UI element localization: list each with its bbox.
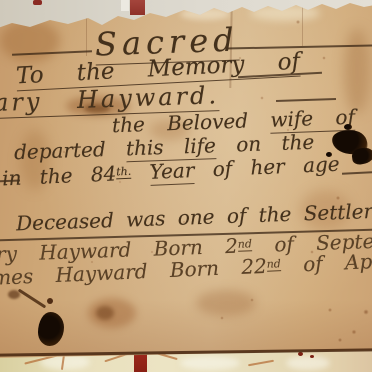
tile-red-mark [310,355,314,358]
tile-gloss [180,356,240,370]
ink-speck [47,298,53,304]
paper-crease [302,2,303,46]
wall-white-slit [121,0,129,11]
ordinal-nd2: nd [266,257,281,272]
ordinal-th: th. [116,165,132,180]
in-the-84-text: in the 84 [2,161,117,190]
wall-red-stripe [130,0,145,15]
departed-text: departed [14,136,127,164]
tile-gloss [286,356,330,370]
photo-scene: Sacred To the Memory of ary Hayward. the… [0,0,372,372]
ink-speck [326,152,332,157]
ink-blot-knob [8,290,20,299]
tile-red-mark [298,352,303,356]
paper-surface: Sacred To the Memory of ary Hayward. the… [0,0,372,360]
ordinal-nd: nd [238,237,253,251]
ink-speck [344,124,352,130]
paper: Sacred To the Memory of ary Hayward. the… [0,0,372,360]
wall-red-mark [33,0,42,5]
april-text: of April [280,248,372,277]
year-text: Year [149,158,195,186]
